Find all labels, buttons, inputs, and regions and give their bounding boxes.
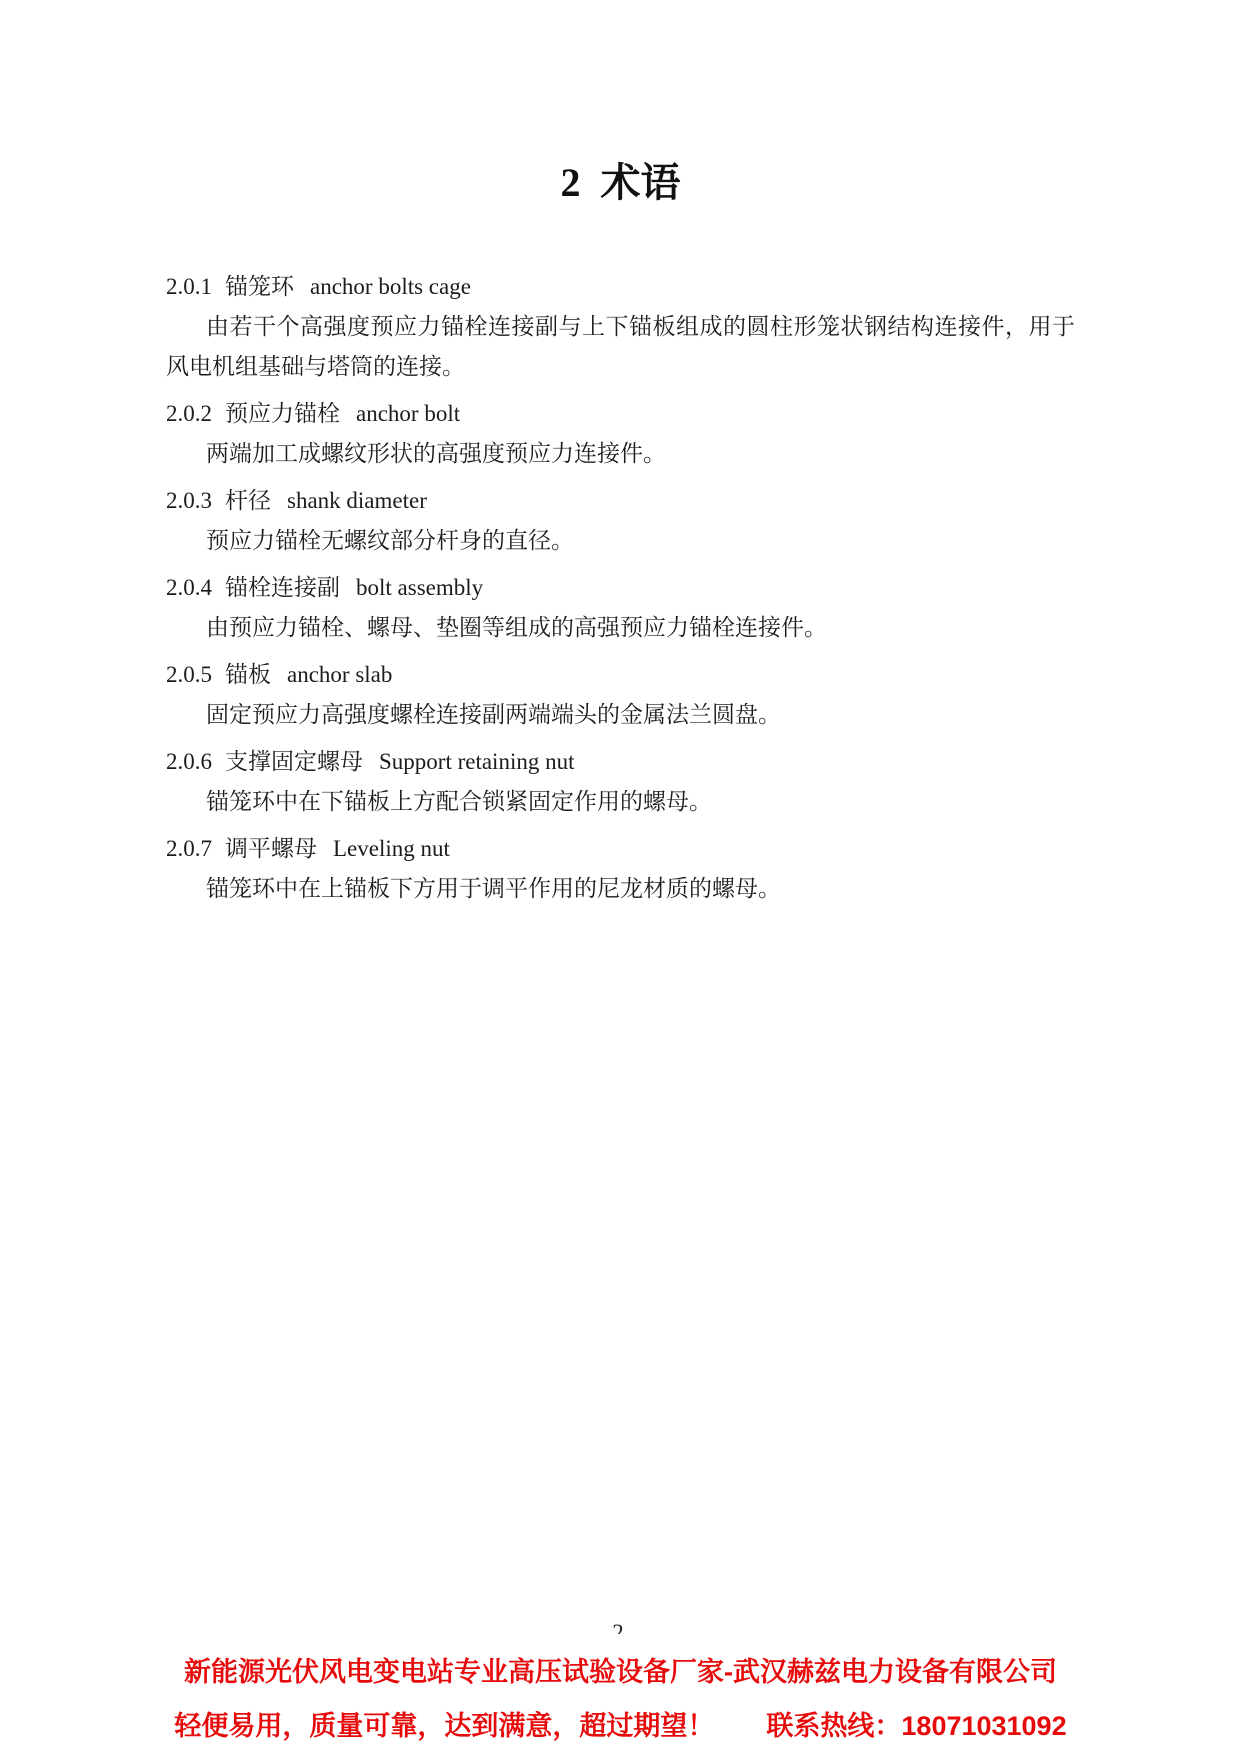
term-en: bolt assembly — [356, 575, 483, 600]
term-number: 2.0.4 — [166, 575, 212, 600]
term-en: anchor bolt — [356, 401, 460, 426]
document-page: 2 术语 2.0.1锚笼环anchor bolts cage 由若干个高强度预应… — [0, 0, 1241, 1754]
term-definition: 由预应力锚栓、螺母、垫圈等组成的高强预应力锚栓连接件。 — [166, 608, 1075, 648]
term-heading: 2.0.2预应力锚栓anchor bolt — [166, 394, 1075, 434]
term-en: shank diameter — [287, 488, 427, 513]
term-number: 2.0.6 — [166, 749, 212, 774]
vendor-footer-hotline: 联系热线：18071031092 — [766, 1699, 1066, 1753]
term-number: 2.0.2 — [166, 401, 212, 426]
term-item: 2.0.2预应力锚栓anchor bolt 两端加工成螺纹形状的高强度预应力连接… — [166, 394, 1075, 474]
term-zh: 预应力锚栓 — [225, 401, 340, 426]
term-item: 2.0.5锚板anchor slab 固定预应力高强度螺栓连接副两端端头的金属法… — [166, 655, 1075, 735]
terms-section: 2.0.1锚笼环anchor bolts cage 由若干个高强度预应力锚栓连接… — [166, 267, 1075, 909]
term-heading: 2.0.1锚笼环anchor bolts cage — [166, 267, 1075, 307]
term-definition: 由若干个高强度预应力锚栓连接副与上下锚板组成的圆柱形笼状钢结构连接件，用于风电机… — [166, 307, 1075, 387]
term-zh: 支撑固定螺母 — [225, 749, 363, 774]
term-heading: 2.0.4锚栓连接副bolt assembly — [166, 568, 1075, 608]
term-item: 2.0.6支撑固定螺母Support retaining nut 锚笼环中在下锚… — [166, 742, 1075, 822]
term-zh: 锚板 — [225, 662, 271, 687]
term-number: 2.0.3 — [166, 488, 212, 513]
term-item: 2.0.4锚栓连接副bolt assembly 由预应力锚栓、螺母、垫圈等组成的… — [166, 568, 1075, 648]
page-title: 2 术语 — [0, 27, 1241, 207]
term-definition: 锚笼环中在下锚板上方配合锁紧固定作用的螺母。 — [166, 782, 1075, 822]
term-definition: 固定预应力高强度螺栓连接副两端端头的金属法兰圆盘。 — [166, 695, 1075, 735]
term-definition: 预应力锚栓无螺纹部分杆身的直径。 — [166, 521, 1075, 561]
term-heading: 2.0.3杆径shank diameter — [166, 481, 1075, 521]
term-number: 2.0.5 — [166, 662, 212, 687]
term-zh: 杆径 — [225, 488, 271, 513]
term-item: 2.0.3杆径shank diameter 预应力锚栓无螺纹部分杆身的直径。 — [166, 481, 1075, 561]
term-item: 2.0.1锚笼环anchor bolts cage 由若干个高强度预应力锚栓连接… — [166, 267, 1075, 387]
page-number: 2 — [606, 1620, 630, 1634]
term-zh: 锚笼环 — [225, 274, 294, 299]
vendor-footer-company: 新能源光伏风电变电站专业高压试验设备厂家-武汉赫兹电力设备有限公司 — [0, 1645, 1241, 1699]
term-en: anchor slab — [287, 662, 392, 687]
term-definition: 两端加工成螺纹形状的高强度预应力连接件。 — [166, 434, 1075, 474]
term-en: Support retaining nut — [379, 749, 574, 774]
term-zh: 调平螺母 — [225, 836, 317, 861]
term-heading: 2.0.5锚板anchor slab — [166, 655, 1075, 695]
vendor-footer-slogan: 轻便易用，质量可靠，达到满意，超过期望！ — [174, 1699, 714, 1753]
term-number: 2.0.7 — [166, 836, 212, 861]
term-heading: 2.0.6支撑固定螺母Support retaining nut — [166, 742, 1075, 782]
term-en: anchor bolts cage — [310, 274, 471, 299]
vendor-footer: 新能源光伏风电变电站专业高压试验设备厂家-武汉赫兹电力设备有限公司 轻便易用，质… — [0, 1645, 1241, 1753]
term-item: 2.0.7调平螺母Leveling nut 锚笼环中在上锚板下方用于调平作用的尼… — [166, 829, 1075, 909]
term-en: Leveling nut — [333, 836, 450, 861]
term-number: 2.0.1 — [166, 274, 212, 299]
term-heading: 2.0.7调平螺母Leveling nut — [166, 829, 1075, 869]
vendor-footer-slogan-row: 轻便易用，质量可靠，达到满意，超过期望！ 联系热线：18071031092 — [0, 1699, 1241, 1753]
term-definition: 锚笼环中在上锚板下方用于调平作用的尼龙材质的螺母。 — [166, 869, 1075, 909]
term-zh: 锚栓连接副 — [225, 575, 340, 600]
